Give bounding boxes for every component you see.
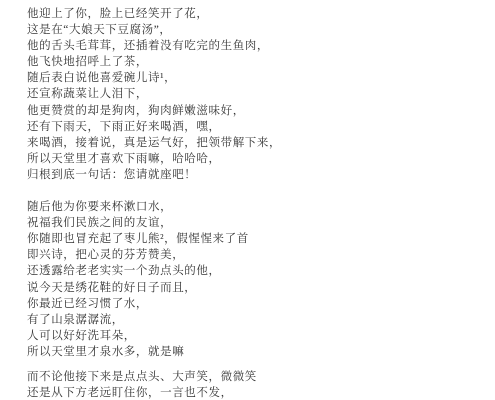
- poem-stanza: 随后他为你要来杯漱口水，祝福我们民族之间的友谊，你随即也冒充起了枣儿熊²，假惺惺…: [27, 199, 281, 360]
- poem-line: 即兴诗，把心灵的芬芳赞美，: [27, 247, 281, 263]
- poem-line: 而不论他接下来是点点头、大声笑，微微笑: [27, 369, 281, 385]
- poem-line: 还有下雨天，下雨正好来喝酒，嘿，: [27, 119, 281, 135]
- poem-line: 他更赞赏的却是狗肉，狗肉鲜嫩滋味好，: [27, 103, 281, 119]
- poem-line: 这是在“大娘天下豆腐汤”，: [27, 22, 281, 38]
- poem-stanza: 他迎上了你，脸上已经笑开了花，这是在“大娘天下豆腐汤”，他的舌头毛茸茸，还插着没…: [27, 6, 281, 183]
- poem-line: 祝福我们民族之间的友谊，: [27, 215, 281, 231]
- poem-line: 还是从下方老远盯住你，一言也不发，: [27, 385, 281, 400]
- poem-line: 说今天是绣花鞋的好日子而且，: [27, 280, 281, 296]
- poem-line: 还宣称蔬菜让人泪下，: [27, 86, 281, 102]
- poem-line: 来喝酒，接着说，真是运气好，把领带解下来，: [27, 135, 281, 151]
- poem-line: 你随即也冒充起了枣儿熊²，假惺惺来了首: [27, 231, 281, 247]
- poem-line: 有了山泉潺潺流，: [27, 312, 281, 328]
- document-page: 他迎上了你，脸上已经笑开了花，这是在“大娘天下豆腐汤”，他的舌头毛茸茸，还插着没…: [0, 0, 495, 400]
- poem-line: 他飞快地招呼上了茶，: [27, 54, 281, 70]
- poem-line: 他的舌头毛茸茸，还插着没有吃完的生鱼肉，: [27, 38, 281, 54]
- poem-line: 归根到底一句话：您请就座吧！: [27, 167, 281, 183]
- poem-line: 你最近已经习惯了水，: [27, 296, 281, 312]
- poem-line: 所以天堂里才喜欢下雨嘛，哈哈哈，: [27, 151, 281, 167]
- poem-text-block: 他迎上了你，脸上已经笑开了花，这是在“大娘天下豆腐汤”，他的舌头毛茸茸，还插着没…: [27, 6, 281, 400]
- poem-line: 随后表白说他喜爱碗儿诗¹，: [27, 70, 281, 86]
- poem-line: 随后他为你要来杯漱口水，: [27, 199, 281, 215]
- poem-line: 所以天堂里才泉水多，就是嘛: [27, 344, 281, 360]
- poem-stanza: 而不论他接下来是点点头、大声笑，微微笑还是从下方老远盯住你，一言也不发，: [27, 369, 281, 400]
- poem-line: 人可以好好洗耳朵，: [27, 328, 281, 344]
- poem-line: 他迎上了你，脸上已经笑开了花，: [27, 6, 281, 22]
- poem-line: 还透露给老老实实一个劲点头的他，: [27, 263, 281, 279]
